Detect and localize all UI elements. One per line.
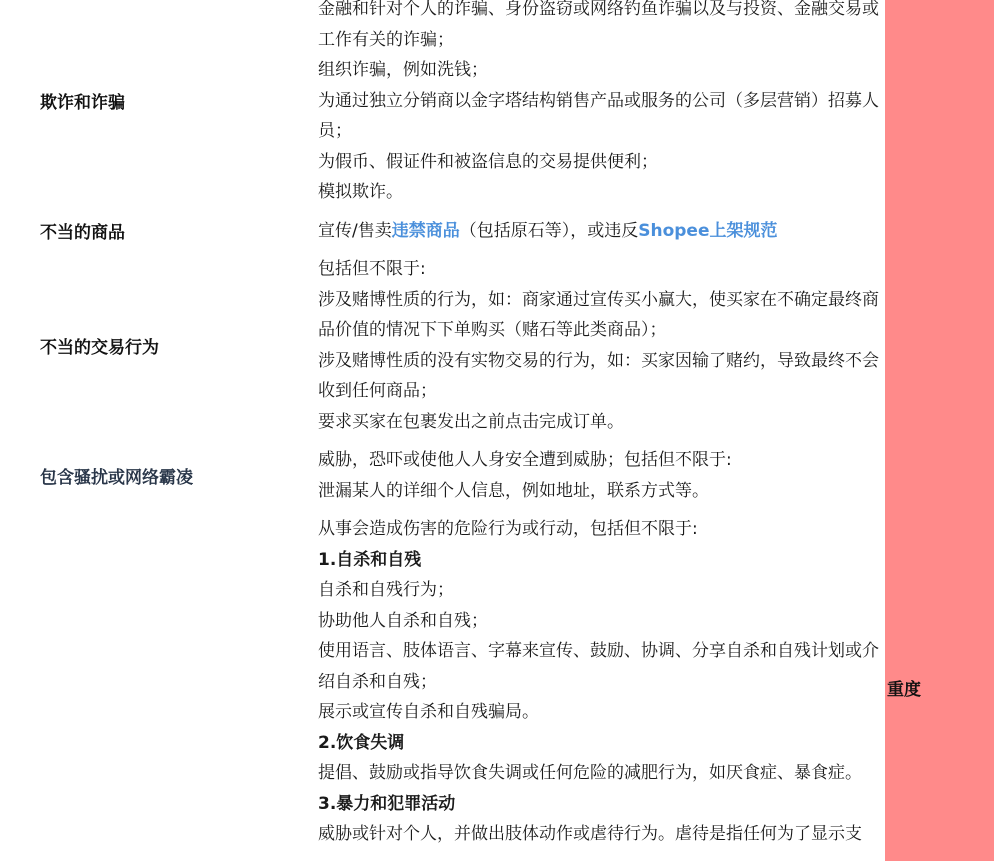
description-line: 提倡、鼓励或指导饮食失调或任何危险的减肥行为，如厌食症、暴食症。 [318,758,881,789]
description-cell: 从事会造成伤害的危险行为或行动，包括但不限于: 1.自杀和自残 自杀和自残行为；… [318,514,885,850]
description-line: 自杀和自残行为； [318,575,881,606]
section-heading: 3.暴力和犯罪活动 [318,789,881,820]
policy-table: 欺诈和诈骗 金融和针对个人的诈骗、身份盗窃或网络钓鱼诈骗以及与投资、金融交易或工… [0,0,994,850]
shopee-listing-rules-link[interactable]: Shopee上架规范 [638,221,777,241]
text-prefix: 宣传/售卖 [318,221,392,241]
description-line: 模拟欺诈。 [318,177,881,208]
table-row-dangerous-acts: 从事会造成伤害的危险行为或行动，包括但不限于: 1.自杀和自残 自杀和自残行为；… [0,514,994,850]
description-line: 协助他人自杀和自残； [318,606,881,637]
text-middle: （包括原石等），或违反 [460,221,639,241]
table-row-harassment: 包含骚扰或网络霸凌 威胁，恐吓或使他人人身安全遭到威胁；包括但不限于: 泄漏某人… [0,445,994,506]
description-intro: 从事会造成伤害的危险行为或行动，包括但不限于: [318,514,881,545]
description-cell: 宣传/售卖违禁商品（包括原石等），或违反Shopee上架规范 [318,216,885,247]
category-label: 欺诈和诈骗 [0,0,318,208]
description-line: 为假币、假证件和被盗信息的交易提供便利； [318,147,881,178]
description-line: 威胁，恐吓或使他人人身安全遭到威胁；包括但不限于: [318,445,881,476]
description-line: 宣传/售卖违禁商品（包括原石等），或违反Shopee上架规范 [318,216,881,247]
description-line: 要求买家在包裹发出之前点击完成订单。 [318,407,881,438]
category-label: 不当的交易行为 [0,254,318,437]
category-label: 包含骚扰或网络霸凌 [0,445,318,506]
table-row-improper-trading: 不当的交易行为 包括但不限于: 涉及赌博性质的行为，如：商家通过宣传买小赢大，使… [0,254,994,437]
description-line: 组织诈骗，例如洗钱； [318,55,881,86]
description-line: 涉及赌博性质的没有实物交易的行为，如：买家因输了赌约，导致最终不会收到任何商品； [318,346,881,407]
description-line: 金融和针对个人的诈骗、身份盗窃或网络钓鱼诈骗以及与投资、金融交易或工作有关的诈骗… [318,0,881,55]
prohibited-goods-link[interactable]: 违禁商品 [392,221,460,241]
description-line: 包括但不限于: [318,254,881,285]
description-line: 为通过独立分销商以金字塔结构销售产品或服务的公司（多层营销）招募人员； [318,86,881,147]
description-line: 涉及赌博性质的行为，如：商家通过宣传买小赢大，使买家在不确定最终商品价值的情况下… [318,285,881,346]
description-cell: 金融和针对个人的诈骗、身份盗窃或网络钓鱼诈骗以及与投资、金融交易或工作有关的诈骗… [318,0,885,208]
description-line: 泄漏某人的详细个人信息，例如地址，联系方式等。 [318,476,881,507]
description-line: 展示或宣传自杀和自残骗局。 [318,697,881,728]
description-line: 威胁或针对个人，并做出肢体动作或虐待行为。虐待是指任何为了显示支 [318,819,881,850]
description-cell: 包括但不限于: 涉及赌博性质的行为，如：商家通过宣传买小赢大，使买家在不确定最终… [318,254,885,437]
category-label: 不当的商品 [0,216,318,247]
table-row-fraud: 欺诈和诈骗 金融和针对个人的诈骗、身份盗窃或网络钓鱼诈骗以及与投资、金融交易或工… [0,0,994,208]
description-line: 使用语言、肢体语言、字幕来宣传、鼓励、协调、分享自杀和自残计划或介绍自杀和自残； [318,636,881,697]
section-heading: 1.自杀和自残 [318,545,881,576]
section-heading: 2.饮食失调 [318,728,881,759]
description-cell: 威胁，恐吓或使他人人身安全遭到威胁；包括但不限于: 泄漏某人的详细个人信息，例如… [318,445,885,506]
category-label [0,514,318,850]
table-row-improper-goods: 不当的商品 宣传/售卖违禁商品（包括原石等），或违反Shopee上架规范 [0,216,994,247]
